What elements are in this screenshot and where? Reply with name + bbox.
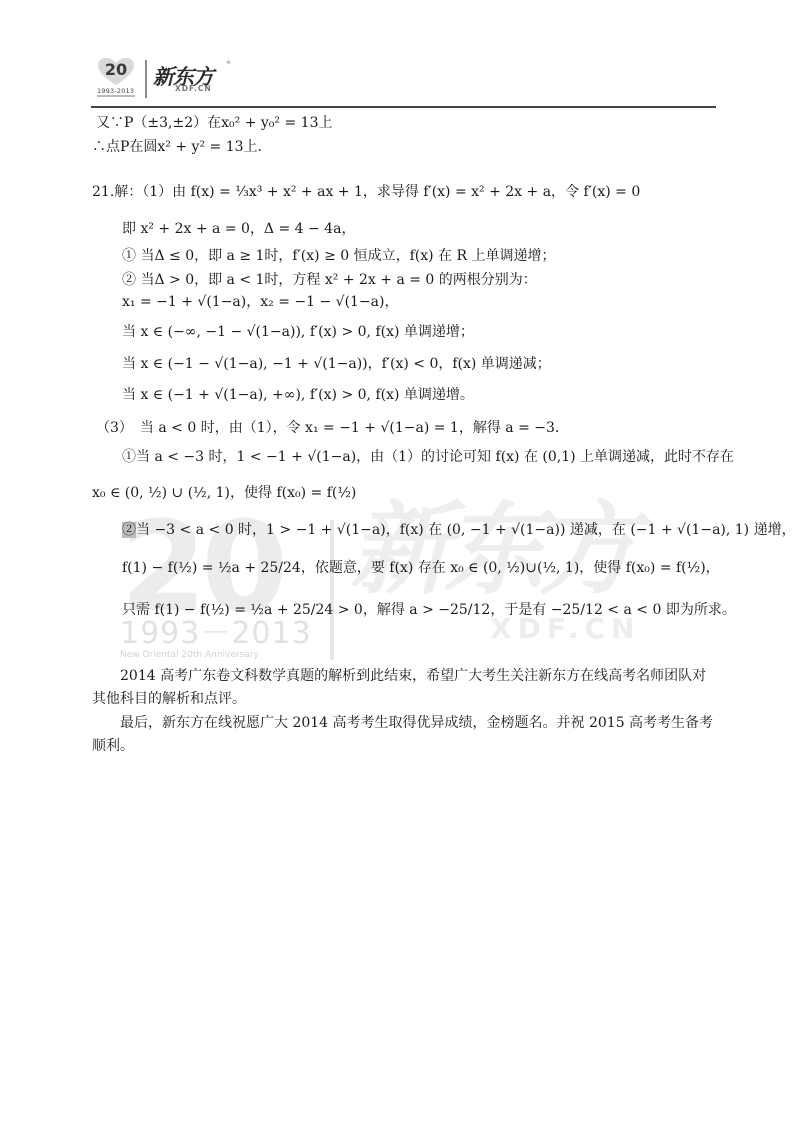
closing-paragraph: 最后，新东方在线祝愿广大 2014 高考考生取得优异成绩，金榜题名。并祝 201…: [92, 712, 716, 758]
solution-line: f(1) − f(½) = ½a + 25/24，依题意，要 f(x) 存在 x…: [122, 558, 720, 578]
solution-line: ∴点P在圆x² + y² = 13上.: [92, 137, 262, 157]
solution-line: 又∵P（±3,±2）在x₀² + y₀² = 13上: [96, 113, 332, 133]
case-2-marker: ②: [122, 522, 136, 538]
document-page: 20 1993－2013 New Oriental 20th Anniversa…: [0, 0, 800, 1131]
watermark-caption: New Oriental 20th Anniversary: [120, 650, 259, 660]
solution-line: ②当 −3 < a < 0 时，1 > −1 + √(1−a)，f(x) 在 (…: [122, 520, 796, 540]
solution-line: 只需 f(1) − f(½) = ½a + 25/24 > 0，解得 a > −…: [122, 600, 736, 620]
solution-line: 当 x ∈ (−1 + √(1−a), +∞), f′(x) > 0, f(x)…: [122, 385, 474, 405]
watermark-divider: [330, 520, 334, 660]
registered-mark: ®: [226, 60, 231, 66]
solution-line: ① 当Δ ≤ 0，即 a ≥ 1时，f′(x) ≥ 0 恒成立，f(x) 在 R…: [122, 246, 556, 266]
header-rule: [91, 106, 716, 108]
solution-line: x₀ ∈ (0, ½) ∪ (½, 1)，使得 f(x₀) = f(½): [92, 483, 356, 503]
solution-line: 即 x² + 2x + a = 0，Δ = 4 − 4a，: [122, 219, 355, 239]
watermark-brand: 新东方: [350, 500, 632, 600]
header-logo: 20 1993-2013 新东方 ® XDF.CN: [97, 58, 237, 102]
solution-line: x₁ = −1 + √(1−a)，x₂ = −1 − √(1−a)，: [122, 292, 398, 312]
logo-divider: [145, 60, 147, 98]
anniversary-years: 1993-2013: [97, 87, 134, 95]
brand-domain: XDF.CN: [175, 84, 212, 93]
solution-line: ② 当Δ > 0，即 a < 1时，方程 x² + 2x + a = 0 的两根…: [122, 270, 537, 290]
part-3-heading-line: （3） 当 a < 0 时，由（1），令 x₁ = −1 + √(1−a) = …: [96, 418, 559, 438]
anniversary-caption-line: [97, 95, 135, 97]
problem-21-heading-line: 21.解：（1）由 f(x) = ⅓x³ + x² + ax + 1，求导得 f…: [92, 182, 640, 202]
solution-line: 当 x ∈ (−1 − √(1−a), −1 + √(1−a))，f′(x) <…: [122, 354, 551, 374]
case-2-text: 当 −3 < a < 0 时，1 > −1 + √(1−a)，f(x) 在 (0…: [136, 522, 796, 538]
solution-line: ①当 a < −3 时，1 < −1 + √(1−a)，由（1）的讨论可知 f(…: [122, 447, 734, 467]
solution-line: 当 x ∈ (−∞, −1 − √(1−a)), f′(x) > 0, f(x)…: [122, 322, 474, 342]
closing-paragraph: 2014 高考广东卷文科数学真题的解析到此结束，希望广大考生关注新东方在线高考名…: [92, 665, 716, 711]
anniversary-number: 20: [101, 60, 131, 79]
